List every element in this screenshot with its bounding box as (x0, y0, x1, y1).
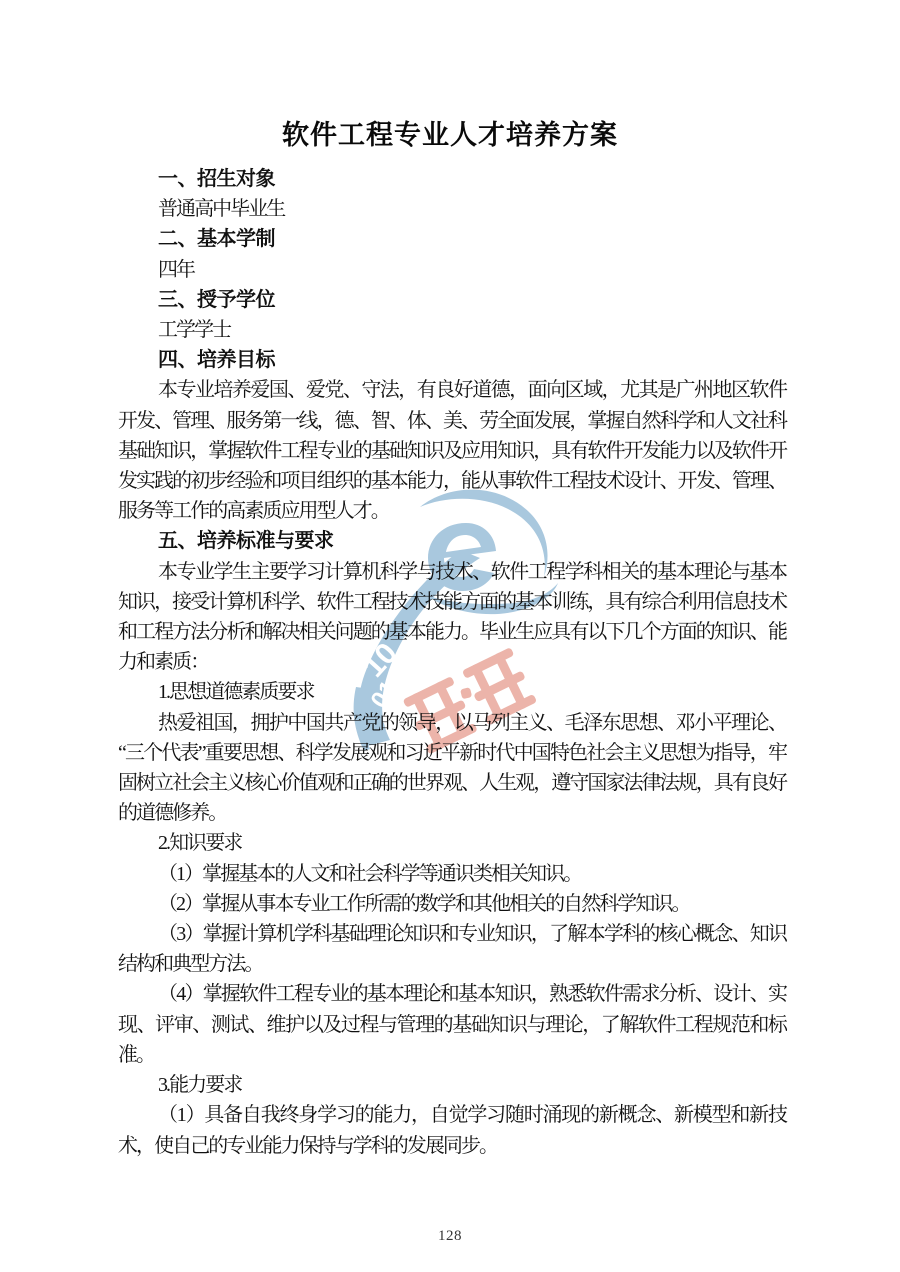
page-title: 软件工程专业人才培养方案 (0, 114, 900, 156)
page-number: 128 (0, 1228, 900, 1245)
section-heading-duration: 二、基本学制 (118, 224, 786, 254)
section-heading-admission: 一、招生对象 (118, 164, 786, 194)
section-body-duration: 四年 (118, 255, 786, 285)
section-heading-standards: 五、培养标准与要求 (118, 526, 786, 556)
standards-intro-paragraph: 本专业学生主要学习计算机科学与技术、软件工程学科相关的基本理论与基本知识，接受计… (118, 557, 786, 678)
section-heading-degree: 三、授予学位 (118, 285, 786, 315)
ability-item-1: （1）具备自我终身学习的能力，自觉学习随时涌现的新概念、新模型和新技术，使自己的… (118, 1100, 786, 1160)
document-page: 10 01 10 软件工程专业人才培养方案 一、招生对象 普通高中毕业生 二、基… (0, 0, 900, 1272)
knowledge-item-4: （4）掌握软件工程专业的基本理论和基本知识，熟悉软件需求分析、设计、实现、评审、… (118, 979, 786, 1070)
document-body: 一、招生对象 普通高中毕业生 二、基本学制 四年 三、授予学位 工学学士 四、培… (118, 164, 786, 1161)
moral-paragraph: 热爱祖国，拥护中国共产党的领导，以马列主义、毛泽东思想、邓小平理论、“三个代表”… (118, 708, 786, 829)
section-body-degree: 工学学士 (118, 315, 786, 345)
section-paragraph-objectives: 本专业培养爱国、爱党、守法，有良好道德，面向区域，尤其是广州地区软件开发、管理、… (118, 375, 786, 526)
knowledge-item-2: （2）掌握从事本专业工作所需的数学和其他相关的自然科学知识。 (118, 889, 786, 919)
knowledge-item-1: （1）掌握基本的人文和社会科学等通识类相关知识。 (118, 859, 786, 889)
knowledge-item-3: （3）掌握计算机学科基础理论知识和专业知识，了解本学科的核心概念、知识结构和典型… (118, 919, 786, 979)
subsection-heading-ability: 3.能力要求 (118, 1070, 786, 1100)
section-body-admission: 普通高中毕业生 (118, 194, 786, 224)
section-heading-objectives: 四、培养目标 (118, 345, 786, 375)
subsection-heading-moral: 1.思想道德素质要求 (118, 677, 786, 707)
subsection-heading-knowledge: 2.知识要求 (118, 828, 786, 858)
